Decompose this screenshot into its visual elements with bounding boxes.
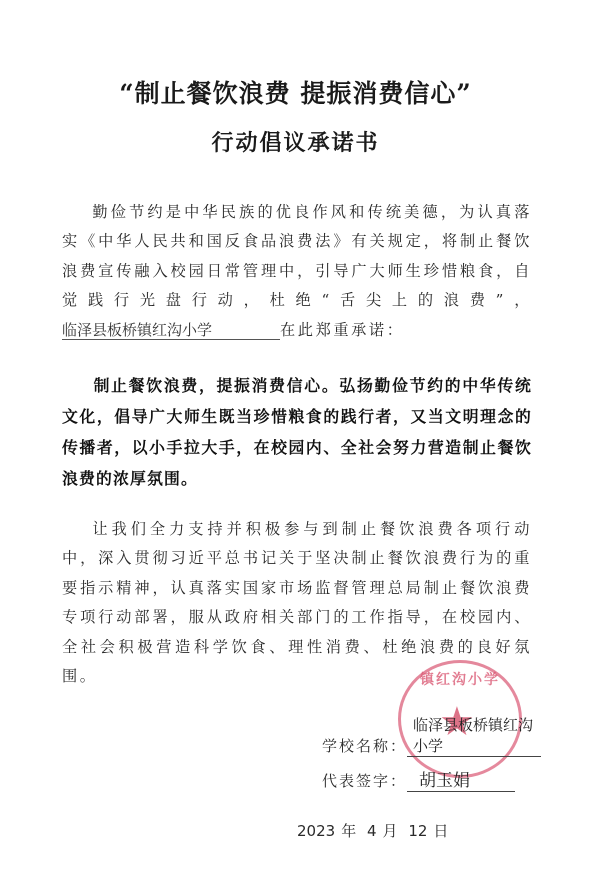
document-subtitle: 行动倡议承诺书	[0, 126, 591, 157]
handwritten-school-name: 临泽县板桥镇红沟小学	[62, 321, 280, 340]
signature-label: 代表签字：	[322, 772, 407, 790]
date-day-unit: 日	[433, 822, 448, 840]
paragraph-intro: 勤俭节约是中华民族的优良作风和传统美德，为认真落实《中华人民共和国反食品浪费法》…	[62, 198, 532, 345]
intro-text: 勤俭节约是中华民族的优良作风和传统美德，为认真落实《中华人民共和国反食品浪费法》…	[62, 203, 532, 309]
date-month: 4	[367, 822, 377, 840]
seal-text: 镇红沟小学	[401, 669, 519, 689]
paragraph-commitment: 制止餐饮浪费，提振消费信心。弘扬勤俭节约的中华传统文化，倡导广大师生既当珍惜粮食…	[62, 370, 532, 494]
school-name-row: 学校名称：临泽县板桥镇红沟小学	[322, 714, 541, 757]
signature-value: 胡玉娟	[407, 766, 515, 792]
date-day: 12	[408, 822, 427, 840]
date-year-unit: 年	[341, 822, 356, 840]
school-name-label: 学校名称：	[322, 737, 407, 755]
date-month-unit: 月	[383, 822, 398, 840]
representative-signature-row: 代表签字：胡玉娟	[322, 766, 515, 792]
document-title: “制止餐饮浪费 提振消费信心”	[0, 74, 591, 110]
date-year: 2023	[297, 822, 335, 840]
intro-commitment-text: 在此郑重承诺：	[280, 321, 405, 339]
document-date: 2023年 4月 12日	[297, 820, 454, 841]
school-name-value: 临泽县板桥镇红沟小学	[407, 714, 541, 757]
